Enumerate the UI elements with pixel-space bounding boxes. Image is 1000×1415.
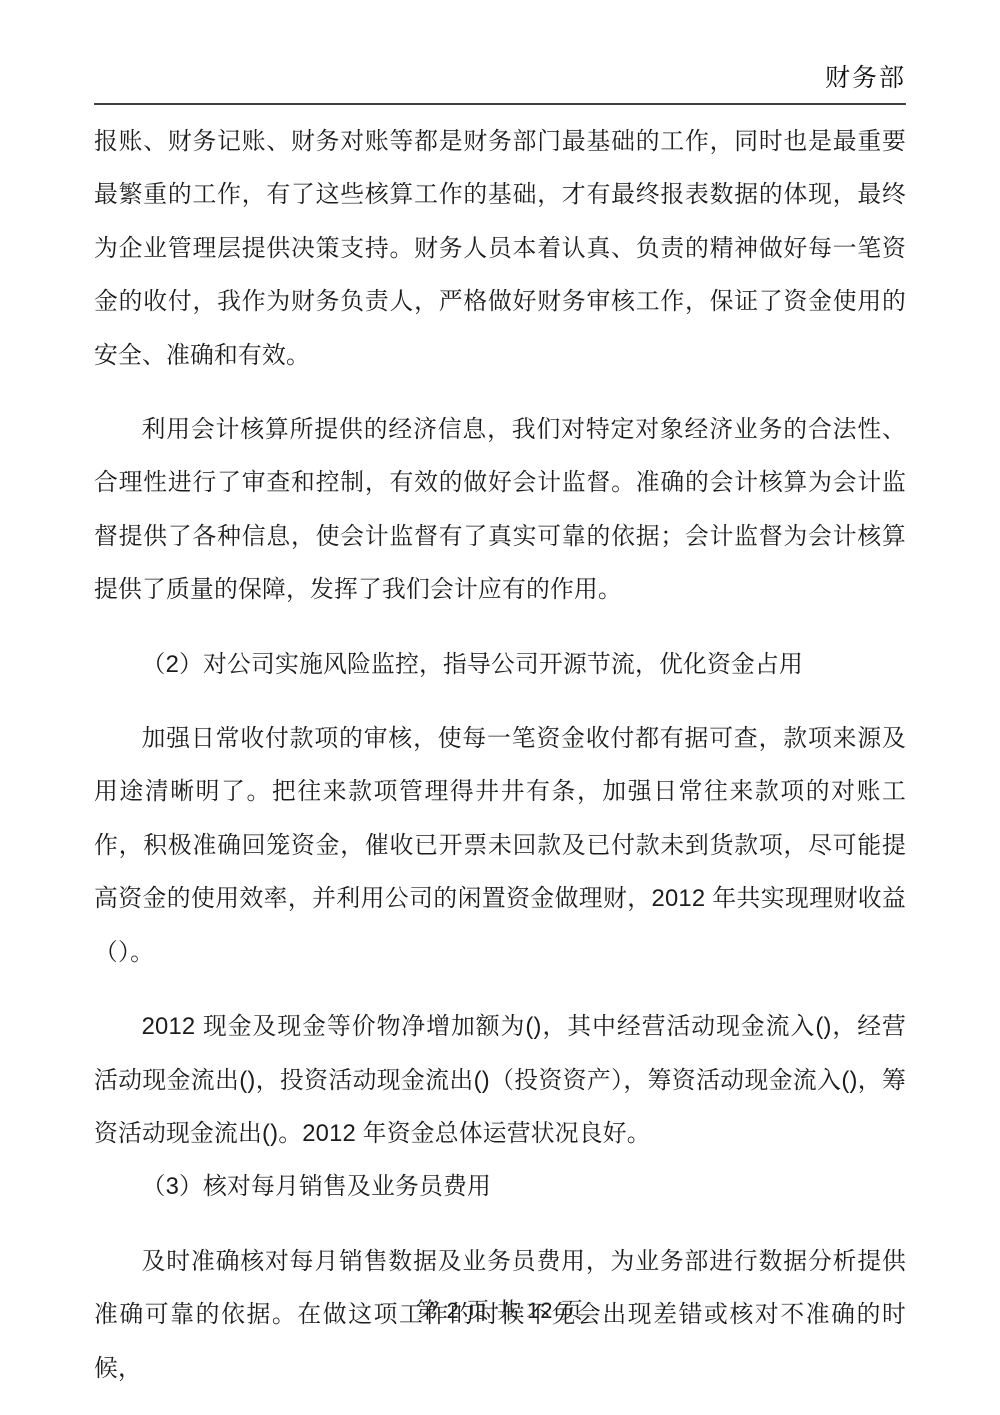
paragraph-accounting-supervision: 利用会计核算所提供的经济信息，我们对特定对象经济业务的合法性、合理性进行了审查和…	[94, 403, 906, 617]
page-footer: 第 2 页 共 12 页	[0, 1294, 1000, 1325]
page-number: 第 2 页 共 12 页	[416, 1298, 583, 1323]
document-body: 报账、财务记账、财务对账等都是财务部门最基础的工作，同时也是最重要最繁重的工作，…	[94, 115, 906, 1395]
header-department-title: 财务部	[825, 64, 906, 92]
section-heading-2-risk-monitoring: （2）对公司实施风险监控，指导公司开源节流，优化资金占用	[94, 638, 906, 691]
section-heading-3-monthly-sales-check: （3）核对每月销售及业务员费用	[94, 1160, 906, 1213]
page-header: 财务部	[94, 62, 906, 105]
paragraph-payment-audit: 加强日常收付款项的审核，使每一笔资金收付都有据可查，款项来源及用途清晰明了。把往…	[94, 712, 906, 979]
document-page: 财务部 报账、财务记账、财务对账等都是财务部门最基础的工作，同时也是最重要最繁重…	[0, 0, 1000, 1415]
paragraph-cash-flow: 2012 现金及现金等价物净增加额为()，其中经营活动现金流入()，经营活动现金…	[94, 1000, 906, 1160]
paragraph-overview: 报账、财务记账、财务对账等都是财务部门最基础的工作，同时也是最重要最繁重的工作，…	[94, 115, 906, 382]
